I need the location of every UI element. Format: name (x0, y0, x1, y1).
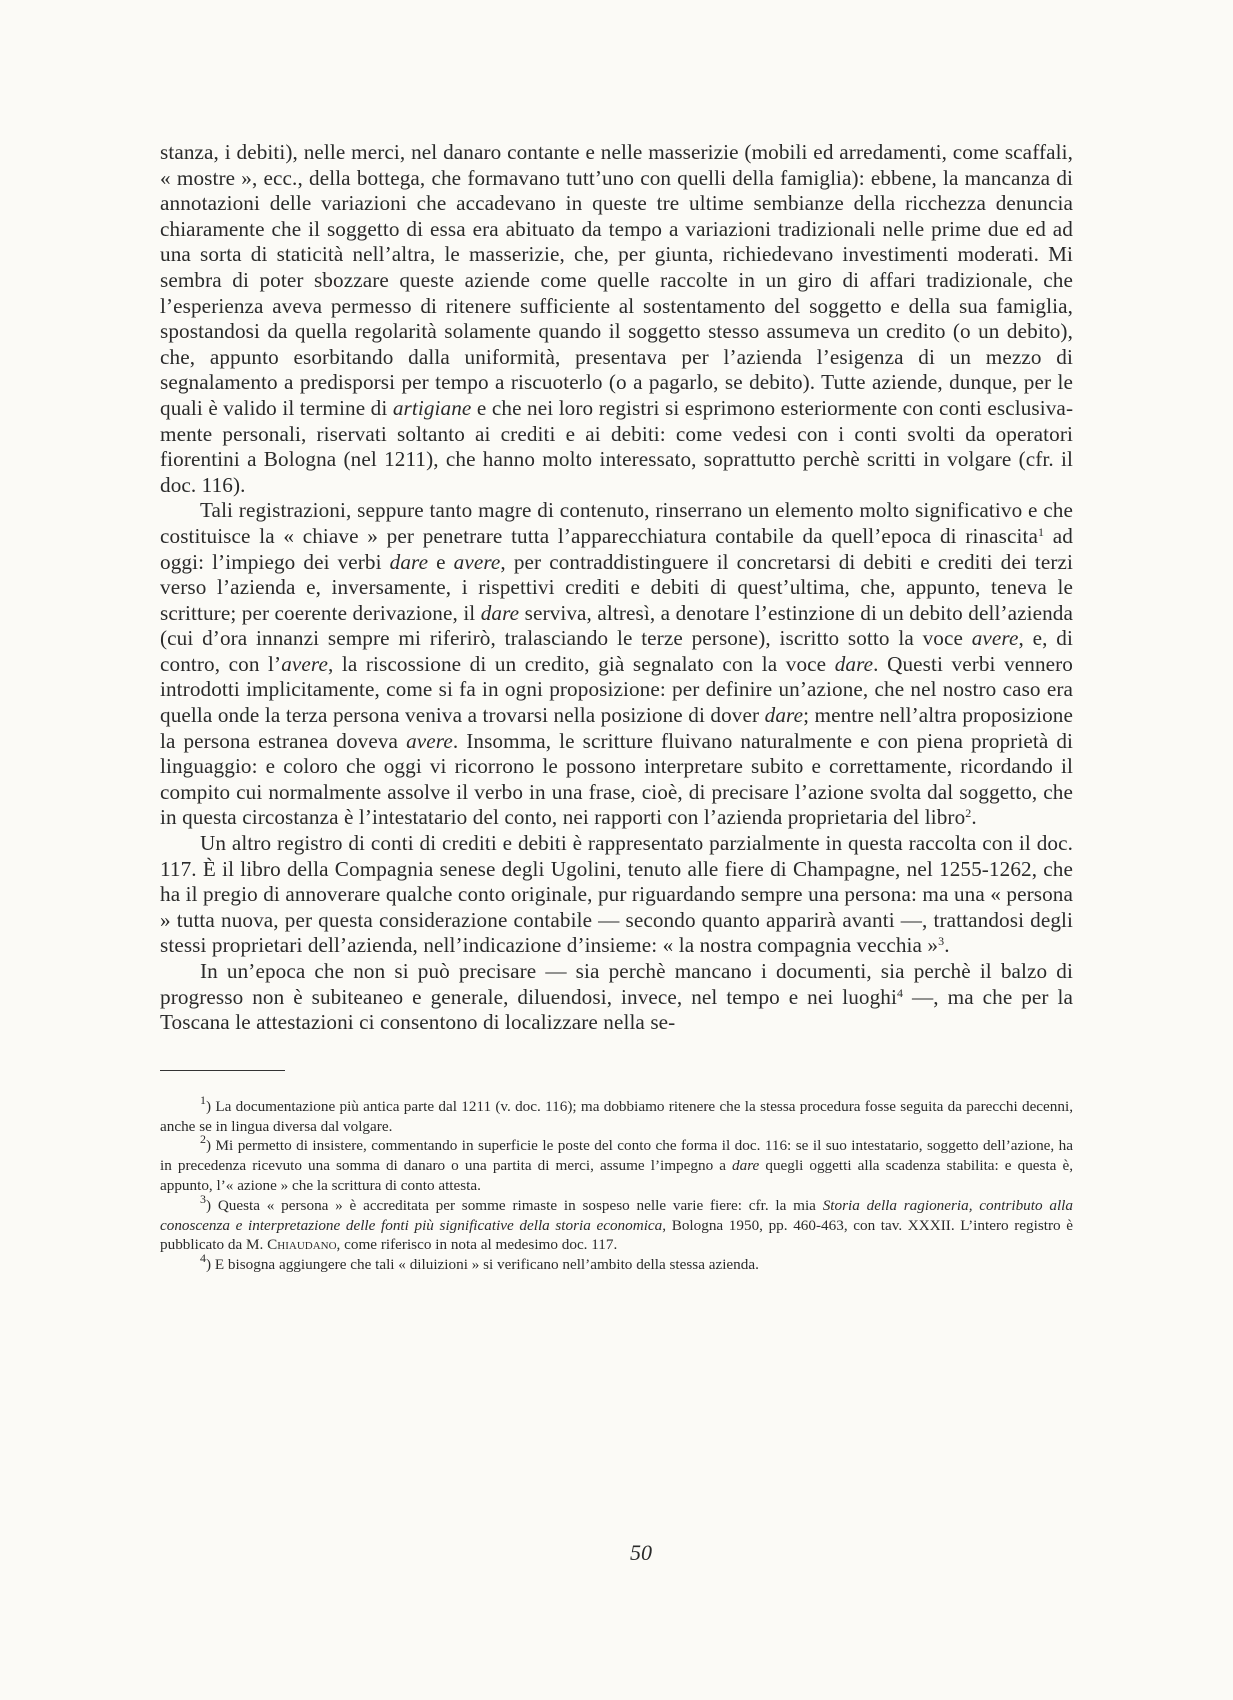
footnote-marker: 2 (965, 806, 971, 820)
italic-term: avere (281, 652, 328, 676)
paragraph: Tali registrazioni, seppure tanto magre … (160, 498, 1073, 831)
body-text: stanza, i debiti), nelle merci, nel dana… (160, 140, 1073, 1036)
footnote-divider (160, 1070, 285, 1071)
footnote: 3) Questa « persona » è accreditata per … (160, 1196, 1073, 1255)
italic-term: dare (481, 601, 519, 625)
footnote-marker: 1 (1038, 525, 1044, 539)
footnote-marker: 4 (897, 986, 903, 1000)
footnote-marker: 4 (200, 1251, 206, 1265)
footnote: 1) La documentazione più antica parte da… (160, 1097, 1073, 1137)
paragraph: Un altro registro di conti di crediti e … (160, 831, 1073, 959)
footnote-marker: 3 (938, 934, 944, 948)
italic-term: Storia della ra­gioneria, contributo all… (160, 1197, 1073, 1234)
italic-term: dare (390, 550, 428, 574)
italic-term: dare (835, 652, 873, 676)
italic-term: avere (454, 550, 501, 574)
italic-term: dare (765, 703, 803, 727)
footnote: 2) Mi permetto di insistere, commentando… (160, 1136, 1073, 1195)
footnote-marker: 3 (200, 1192, 206, 1206)
document-page: stanza, i debiti), nelle merci, nel dana… (160, 140, 1073, 1275)
author-name: Chiaudano (267, 1236, 336, 1253)
italic-term: avere (972, 626, 1019, 650)
footnote: 4) E bisogna aggiungere che tali « dilui… (160, 1255, 1073, 1275)
italic-term: artigiane (393, 396, 472, 420)
footnote-marker: 1 (200, 1093, 206, 1107)
paragraph: stanza, i debiti), nelle merci, nel dana… (160, 140, 1073, 498)
italic-term: dare (732, 1157, 759, 1174)
italic-term: avere (406, 729, 453, 753)
footnote-marker: 2 (200, 1132, 206, 1146)
page-number: 50 (630, 1540, 652, 1566)
paragraph: In un’epoca che non si può precisare — s… (160, 959, 1073, 1036)
footnotes: 1) La documentazione più antica parte da… (160, 1097, 1073, 1275)
